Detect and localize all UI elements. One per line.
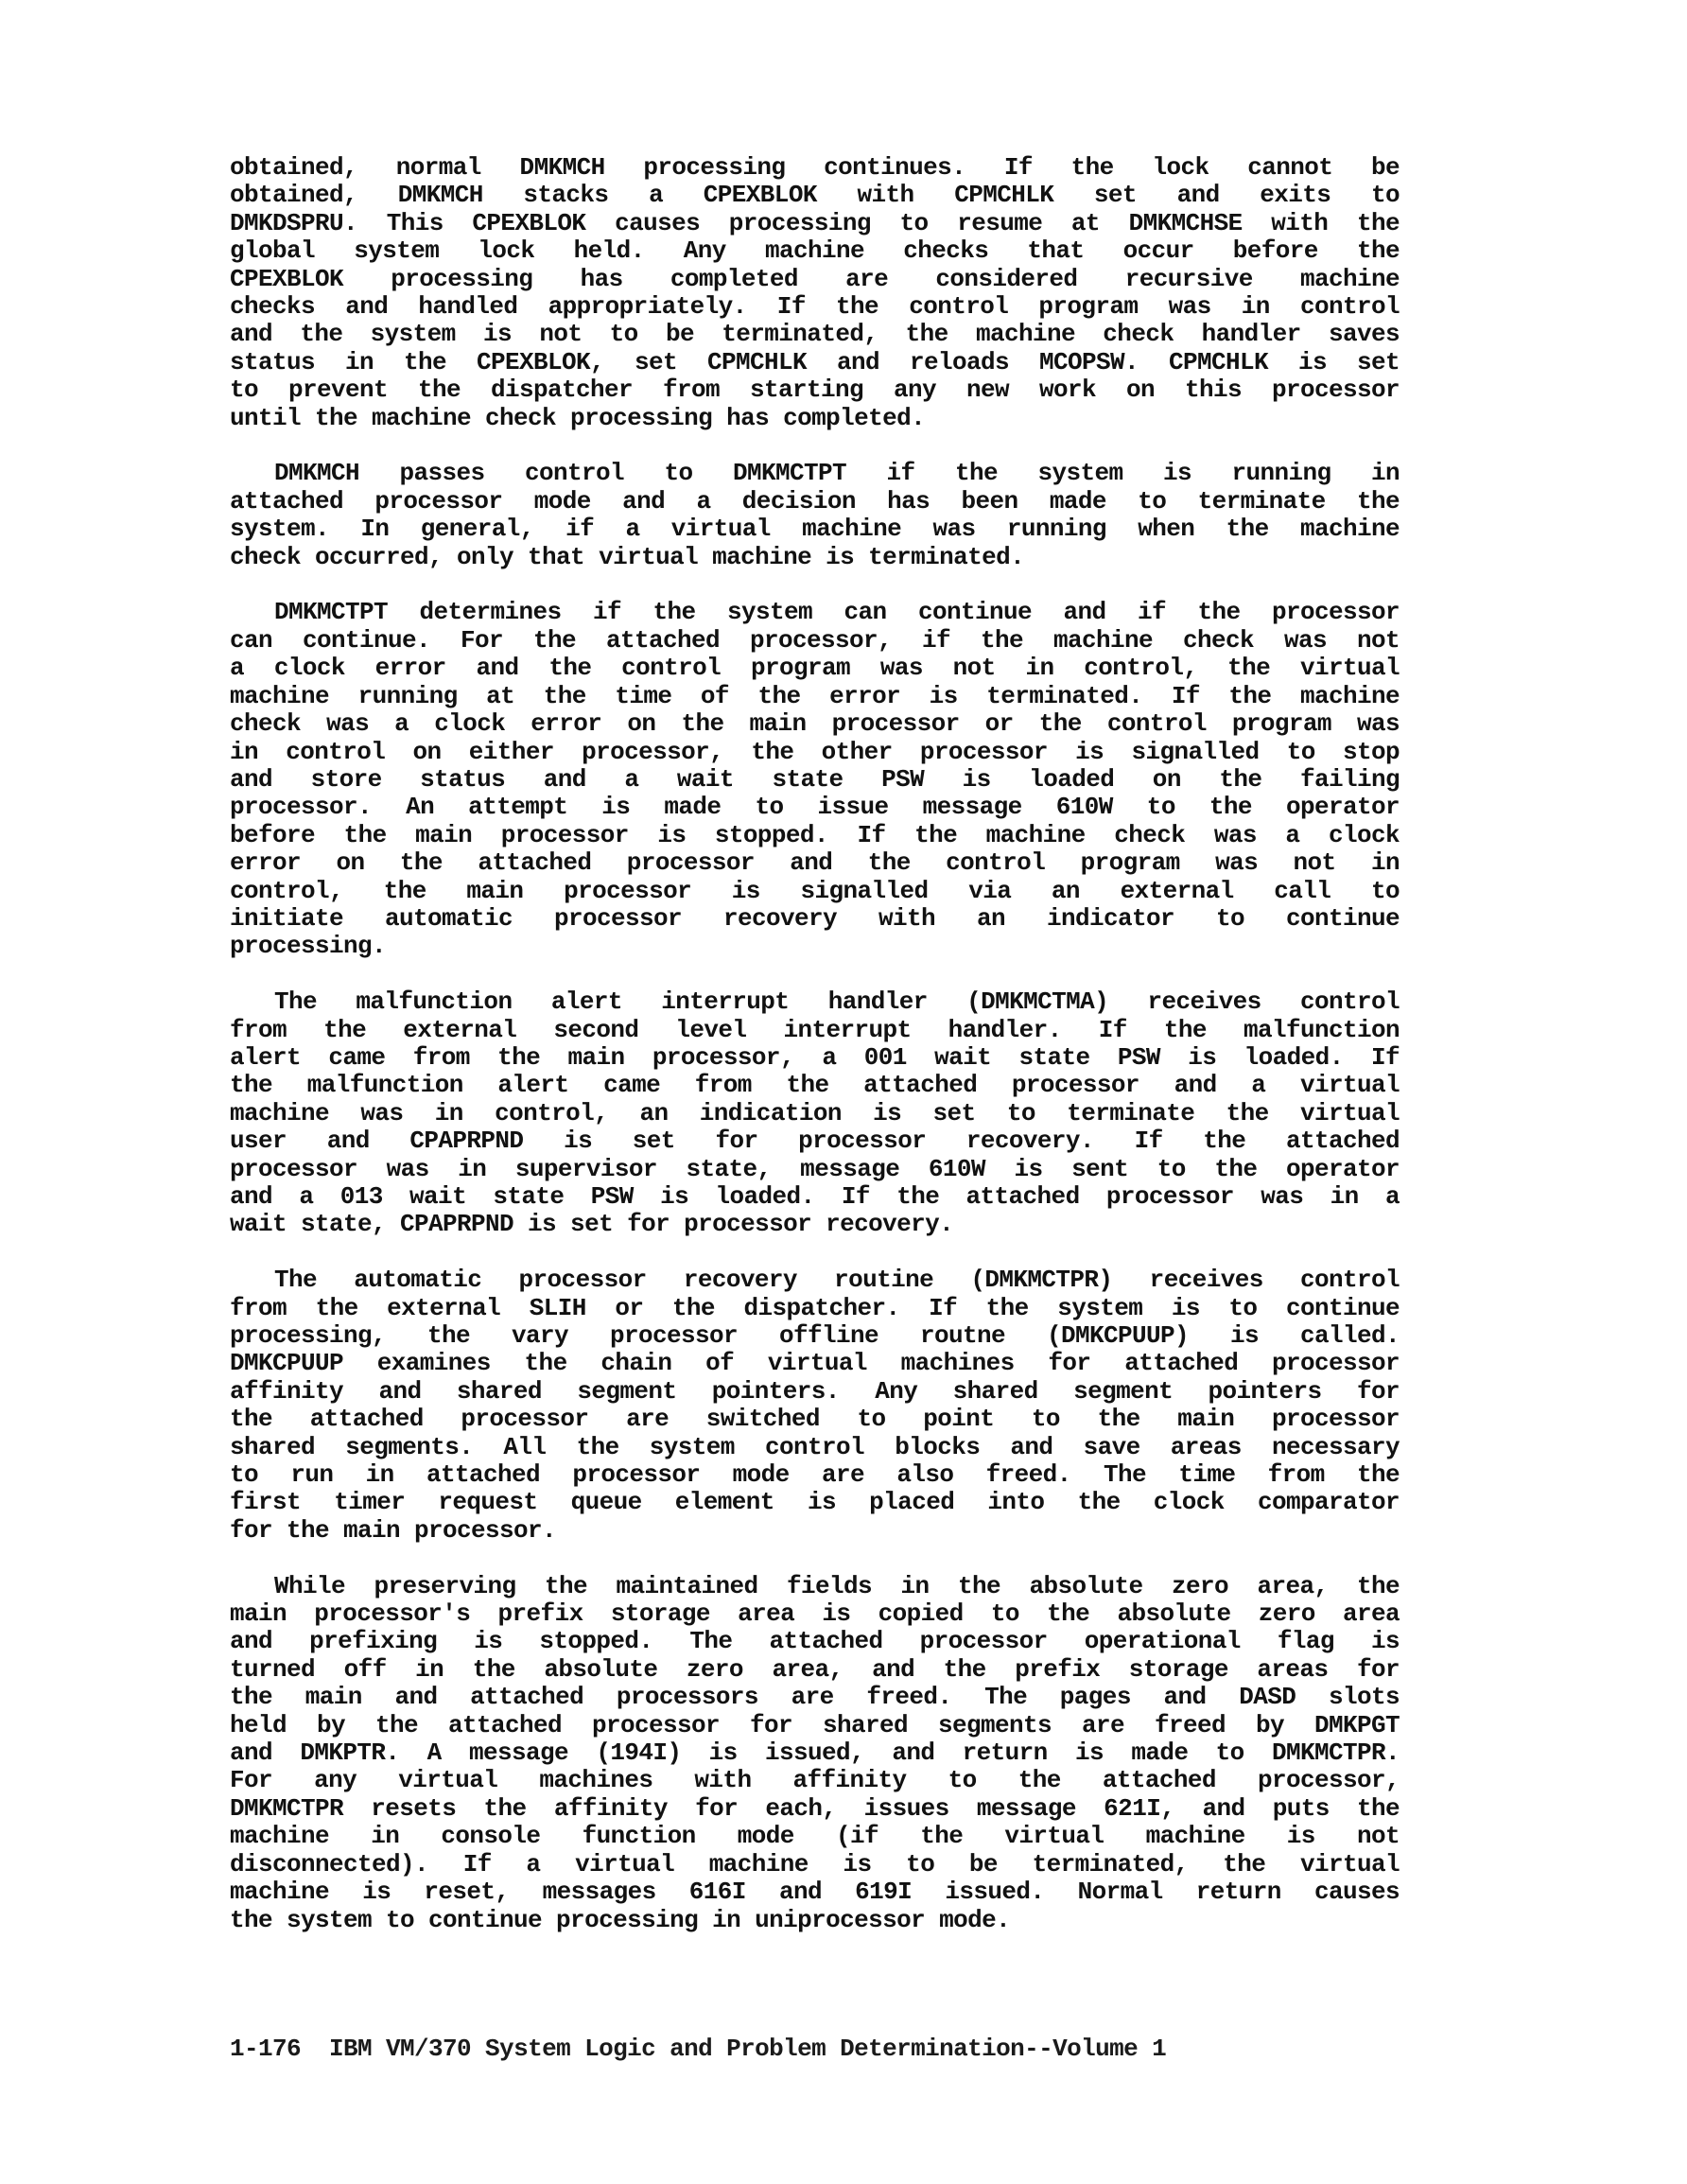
text-line: checks and handled appropriately. If the…	[230, 293, 1400, 321]
text-line: For any virtual machines with affinity t…	[230, 1767, 1400, 1794]
paragraph: The automatic processor recovery routine…	[230, 1267, 1400, 1545]
text-line: for the main processor.	[230, 1517, 1400, 1545]
text-line: and DMKPTR. A message (194I) is issued, …	[230, 1739, 1400, 1767]
text-line-content: The malfunction alert interrupt handler …	[274, 987, 1400, 1016]
text-line: turned off in the absolute zero area, an…	[230, 1656, 1400, 1684]
page-number: 1-176	[230, 2035, 301, 2063]
text-line: and a 013 wait state PSW is loaded. If t…	[230, 1183, 1400, 1211]
text-line: processor was in supervisor state, messa…	[230, 1156, 1400, 1183]
text-line: status in the CPEXBLOK, set CPMCHLK and …	[230, 349, 1400, 376]
text-line: DMKMCTPR resets the affinity for each, i…	[230, 1795, 1400, 1823]
text-line: and the system is not to be terminated, …	[230, 321, 1400, 348]
text-line: wait state, CPAPRPND is set for processo…	[230, 1211, 1400, 1238]
text-line: attached processor mode and a decision h…	[230, 488, 1400, 515]
text-line: DMKMCTPT determines if the system can co…	[230, 599, 1400, 626]
text-line: check occurred, only that virtual machin…	[230, 544, 1400, 571]
paragraph: DMKMCTPT determines if the system can co…	[230, 599, 1400, 960]
text-line: While preserving the maintained fields i…	[230, 1573, 1400, 1600]
text-line-content: DMKMCH passes control to DMKMCTPT if the…	[274, 459, 1400, 487]
text-line: from the external SLIH or the dispatcher…	[230, 1295, 1400, 1322]
text-line: shared segments. All the system control …	[230, 1434, 1400, 1461]
text-line: processing, the vary processor offline r…	[230, 1322, 1400, 1350]
text-line: user and CPAPRPND is set for processor r…	[230, 1127, 1400, 1155]
text-line: the attached processor are switched to p…	[230, 1406, 1400, 1433]
text-line: the system to continue processing in uni…	[230, 1907, 1400, 1934]
text-line: machine is reset, messages 616I and 619I…	[230, 1878, 1400, 1906]
text-line: The malfunction alert interrupt handler …	[230, 988, 1400, 1016]
text-line: initiate automatic processor recovery wi…	[230, 905, 1400, 933]
page-footer: 1-176 IBM VM/370 System Logic and Proble…	[230, 2035, 1166, 2063]
text-line: the malfunction alert came from the atta…	[230, 1072, 1400, 1099]
text-line: the main and attached processors are fre…	[230, 1684, 1400, 1711]
text-line: to prevent the dispatcher from starting …	[230, 376, 1400, 404]
paragraph: The malfunction alert interrupt handler …	[230, 988, 1400, 1239]
text-line: disconnected). If a virtual machine is t…	[230, 1851, 1400, 1878]
text-line: can continue. For the attached processor…	[230, 627, 1400, 655]
text-line: check was a clock error on the main proc…	[230, 710, 1400, 738]
text-line: from the external second level interrupt…	[230, 1017, 1400, 1044]
paragraph: While preserving the maintained fields i…	[230, 1573, 1400, 1934]
text-line: until the machine check processing has c…	[230, 405, 1400, 432]
text-line: a clock error and the control program wa…	[230, 655, 1400, 682]
text-line: machine running at the time of the error…	[230, 683, 1400, 710]
text-line: to run in attached processor mode are al…	[230, 1461, 1400, 1489]
text-line: processor. An attempt is made to issue m…	[230, 794, 1400, 821]
text-line: first timer request queue element is pla…	[230, 1489, 1400, 1516]
text-line: main processor's prefix storage area is …	[230, 1600, 1400, 1628]
text-line: DMKDSPRU. This CPEXBLOK causes processin…	[230, 210, 1400, 237]
text-line-content: While preserving the maintained fields i…	[274, 1572, 1400, 1600]
text-line: before the main processor is stopped. If…	[230, 822, 1400, 849]
text-line: machine in console function mode (if the…	[230, 1823, 1400, 1850]
document-body: obtained, normal DMKMCH processing conti…	[230, 154, 1400, 1962]
text-line: DMKCPUUP examines the chain of virtual m…	[230, 1350, 1400, 1377]
document-title: IBM VM/370 System Logic and Problem Dete…	[329, 2035, 1166, 2063]
text-line: control, the main processor is signalled…	[230, 878, 1400, 905]
text-line: in control on either processor, the othe…	[230, 739, 1400, 766]
text-line: alert came from the main processor, a 00…	[230, 1044, 1400, 1072]
text-line: The automatic processor recovery routine…	[230, 1267, 1400, 1294]
text-line: global system lock held. Any machine che…	[230, 237, 1400, 265]
text-line: held by the attached processor for share…	[230, 1712, 1400, 1739]
text-line-content: DMKMCTPT determines if the system can co…	[274, 598, 1400, 626]
text-line: error on the attached processor and the …	[230, 849, 1400, 877]
text-line-content: The automatic processor recovery routine…	[274, 1266, 1400, 1294]
text-line: and prefixing is stopped. The attached p…	[230, 1628, 1400, 1655]
text-line: CPEXBLOK processing has completed are co…	[230, 266, 1400, 293]
paragraph: DMKMCH passes control to DMKMCTPT if the…	[230, 460, 1400, 571]
text-line: system. In general, if a virtual machine…	[230, 515, 1400, 543]
text-line: and store status and a wait state PSW is…	[230, 766, 1400, 794]
text-line: machine was in control, an indication is…	[230, 1100, 1400, 1127]
paragraph: obtained, normal DMKMCH processing conti…	[230, 154, 1400, 432]
text-line: obtained, normal DMKMCH processing conti…	[230, 154, 1400, 182]
text-line: processing.	[230, 933, 1400, 960]
text-line: DMKMCH passes control to DMKMCTPT if the…	[230, 460, 1400, 487]
text-line: obtained, DMKMCH stacks a CPEXBLOK with …	[230, 182, 1400, 209]
text-line: affinity and shared segment pointers. An…	[230, 1378, 1400, 1406]
